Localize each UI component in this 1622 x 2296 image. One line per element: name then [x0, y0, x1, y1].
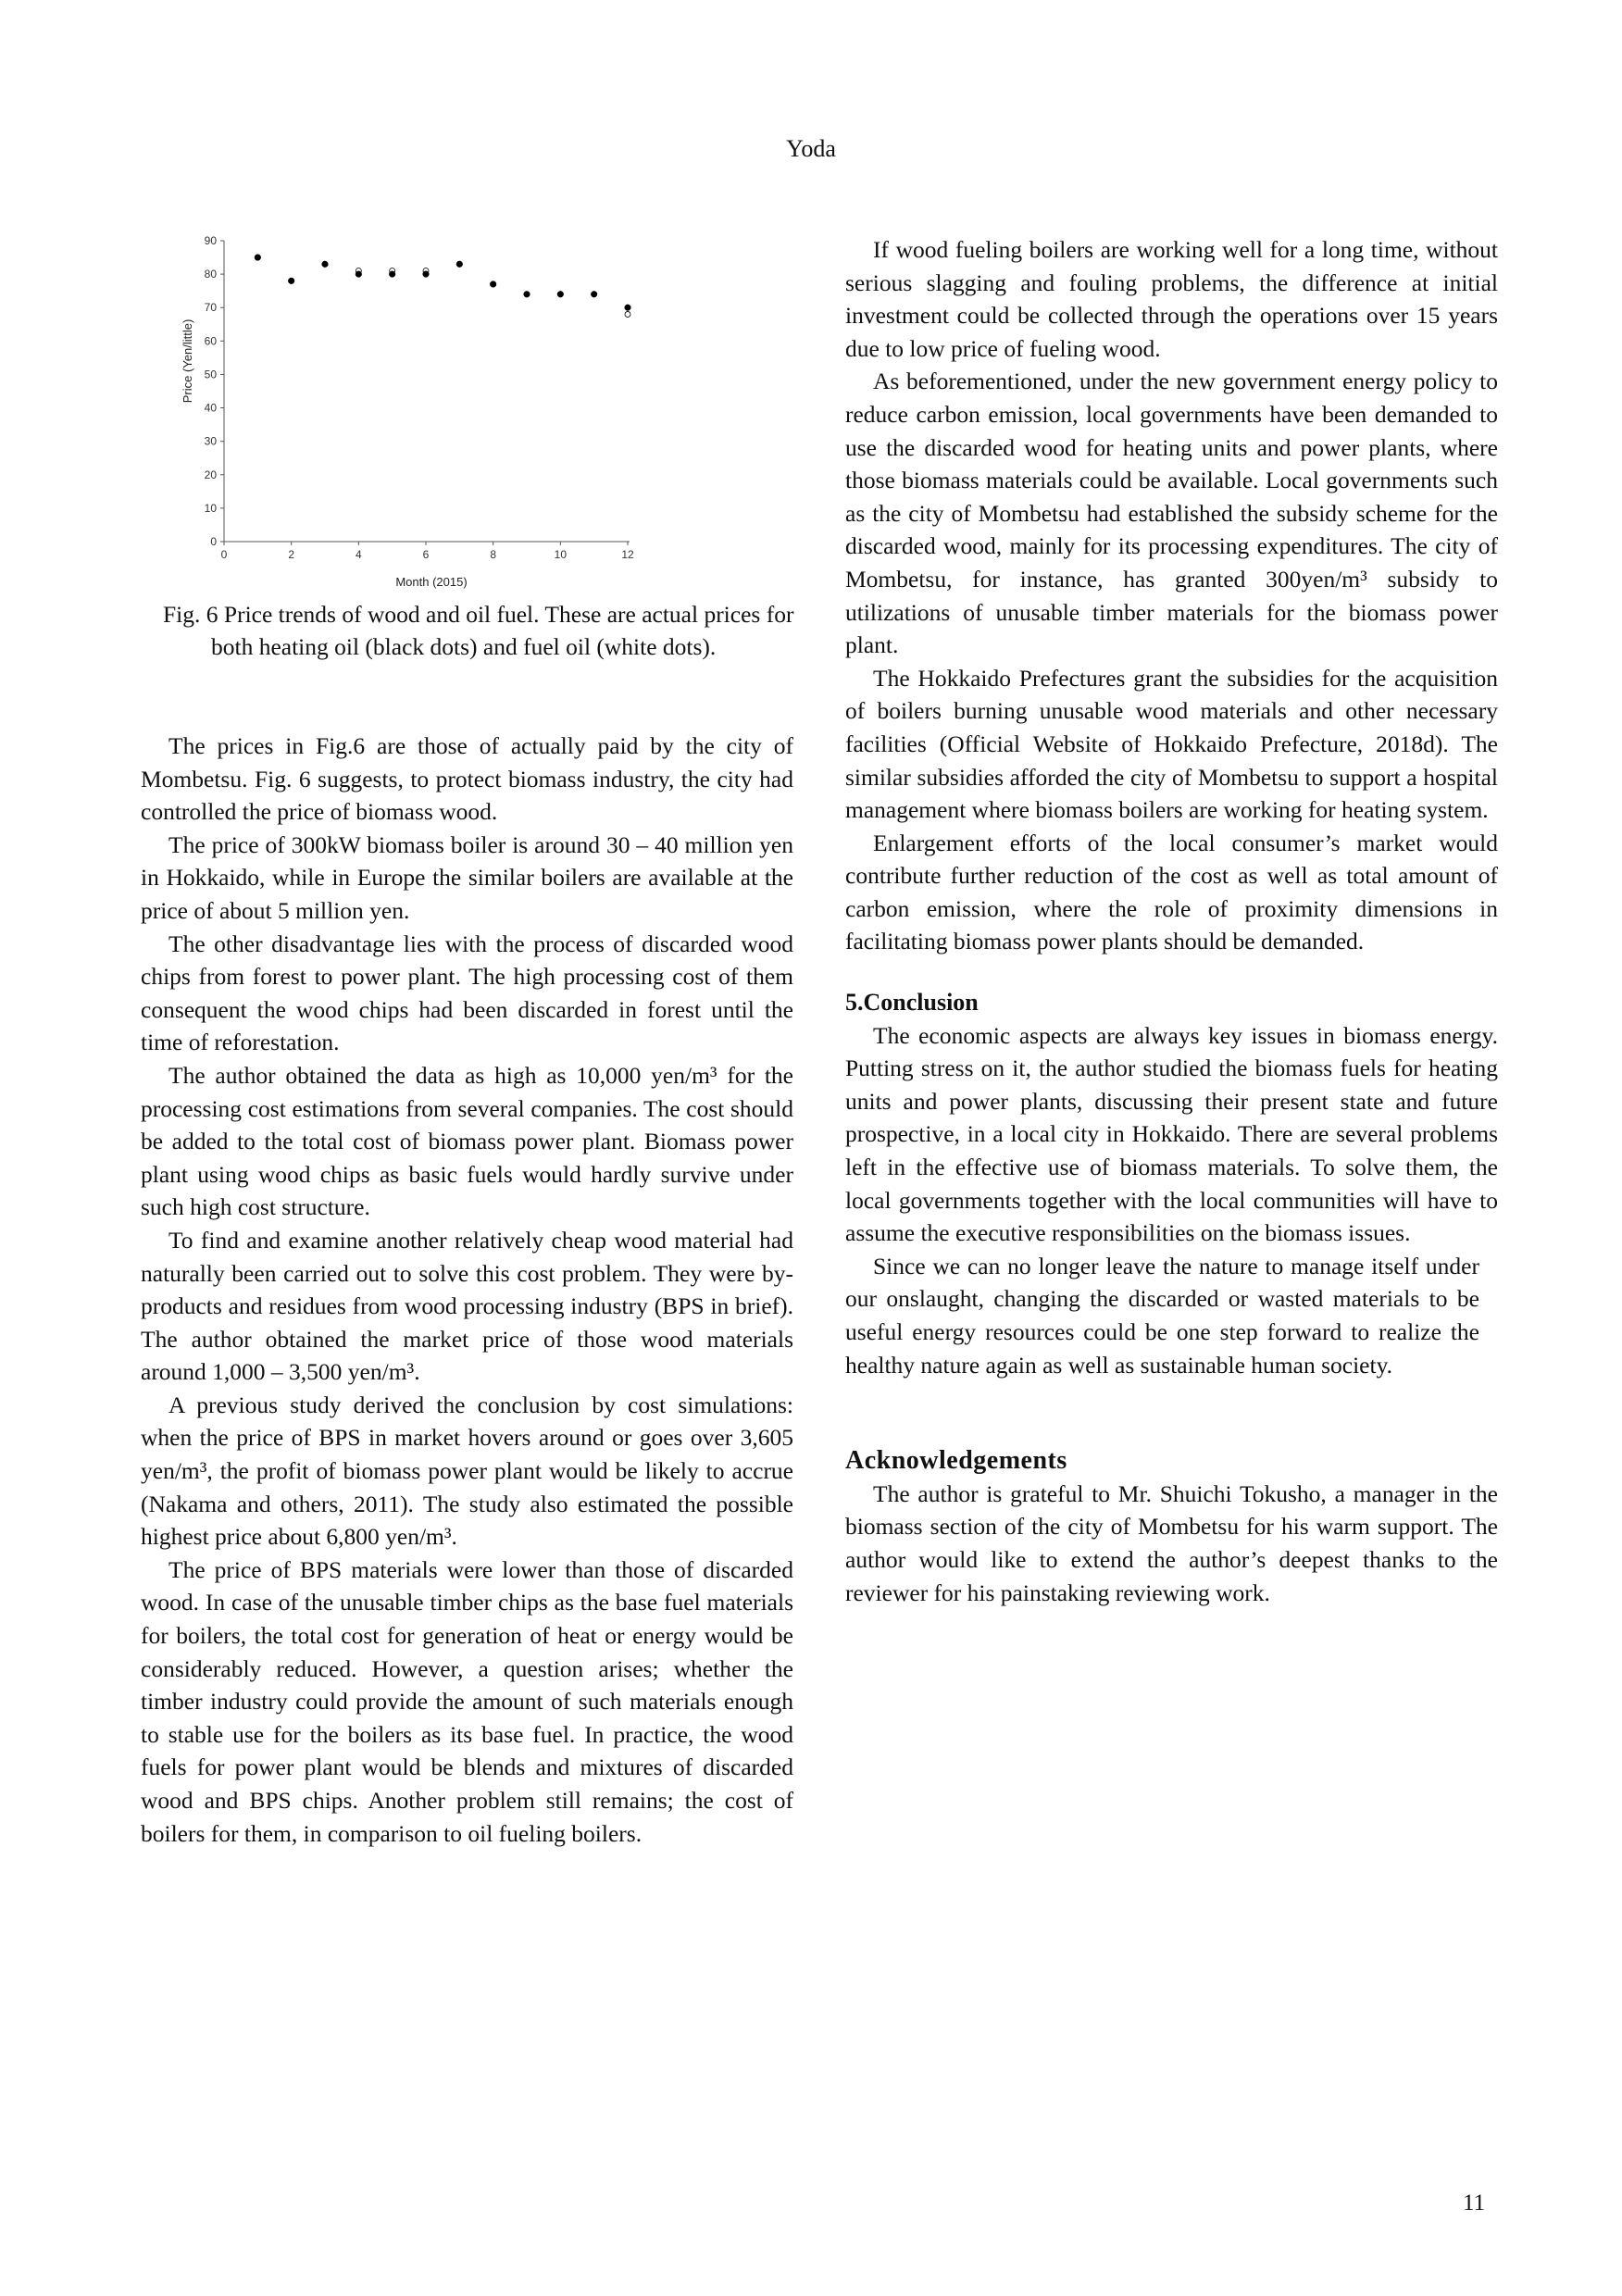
body-paragraph: The author is grateful to Mr. Shuichi To…	[845, 1478, 1498, 1609]
svg-text:0: 0	[210, 535, 217, 548]
body-paragraph: A previous study derived the conclusion …	[141, 1389, 793, 1554]
svg-text:30: 30	[205, 435, 218, 448]
body-paragraph: The economic aspects are always key issu…	[845, 1019, 1498, 1250]
svg-text:8: 8	[490, 548, 496, 561]
body-paragraph: The author obtained the data as high as …	[141, 1059, 793, 1224]
body-paragraph: The price of 300kW biomass boiler is aro…	[141, 829, 793, 928]
svg-text:2: 2	[288, 548, 294, 561]
page-number: 11	[1463, 2190, 1485, 2216]
data-points	[255, 255, 630, 318]
svg-text:10: 10	[555, 548, 568, 561]
body-paragraph: The Hokkaido Prefectures grant the subsi…	[845, 662, 1498, 827]
x-axis-label: Month (2015)	[395, 575, 467, 589]
figure-caption: Fig. 6 Price trends of wood and oil fuel…	[163, 598, 831, 663]
svg-text:10: 10	[205, 502, 218, 515]
svg-text:90: 90	[205, 234, 218, 247]
price-trend-chart: 0102030405060708090 024681012 Price (Yen…	[167, 222, 759, 593]
body-paragraph: The prices in Fig.6 are those of actuall…	[141, 730, 793, 829]
svg-text:40: 40	[205, 402, 218, 415]
svg-text:12: 12	[621, 548, 634, 561]
body-paragraph: The price of BPS materials were lower th…	[141, 1554, 793, 1850]
svg-text:6: 6	[423, 548, 430, 561]
y-axis-label: Price (Yen/little)	[181, 319, 194, 404]
body-paragraph: Enlargement efforts of the local consume…	[845, 827, 1498, 958]
svg-text:50: 50	[205, 368, 218, 381]
y-axis-ticks: 0102030405060708090	[205, 234, 224, 548]
section-heading-acknowledgements: Acknowledgements	[845, 1444, 1498, 1478]
svg-text:60: 60	[205, 334, 218, 347]
left-column: The prices in Fig.6 are those of actuall…	[141, 730, 793, 1850]
svg-text:0: 0	[221, 548, 228, 561]
section-heading-conclusion: 5.Conclusion	[845, 986, 1498, 1019]
svg-text:20: 20	[205, 468, 218, 481]
x-axis-ticks: 024681012	[221, 542, 634, 561]
svg-text:4: 4	[356, 548, 362, 561]
body-paragraph: The other disadvantage lies with the pro…	[141, 928, 793, 1059]
running-head: Yoda	[0, 135, 1622, 163]
body-paragraph: Since we can no longer leave the nature …	[845, 1250, 1498, 1381]
body-paragraph: To find and examine another relatively c…	[141, 1224, 793, 1389]
right-column: If wood fueling boilers are working well…	[845, 233, 1498, 1609]
svg-text:70: 70	[205, 301, 218, 314]
chart-axes	[224, 241, 630, 542]
body-paragraph: As beforementioned, under the new govern…	[845, 365, 1498, 661]
svg-text:80: 80	[205, 268, 218, 281]
body-paragraph: If wood fueling boilers are working well…	[845, 233, 1498, 365]
